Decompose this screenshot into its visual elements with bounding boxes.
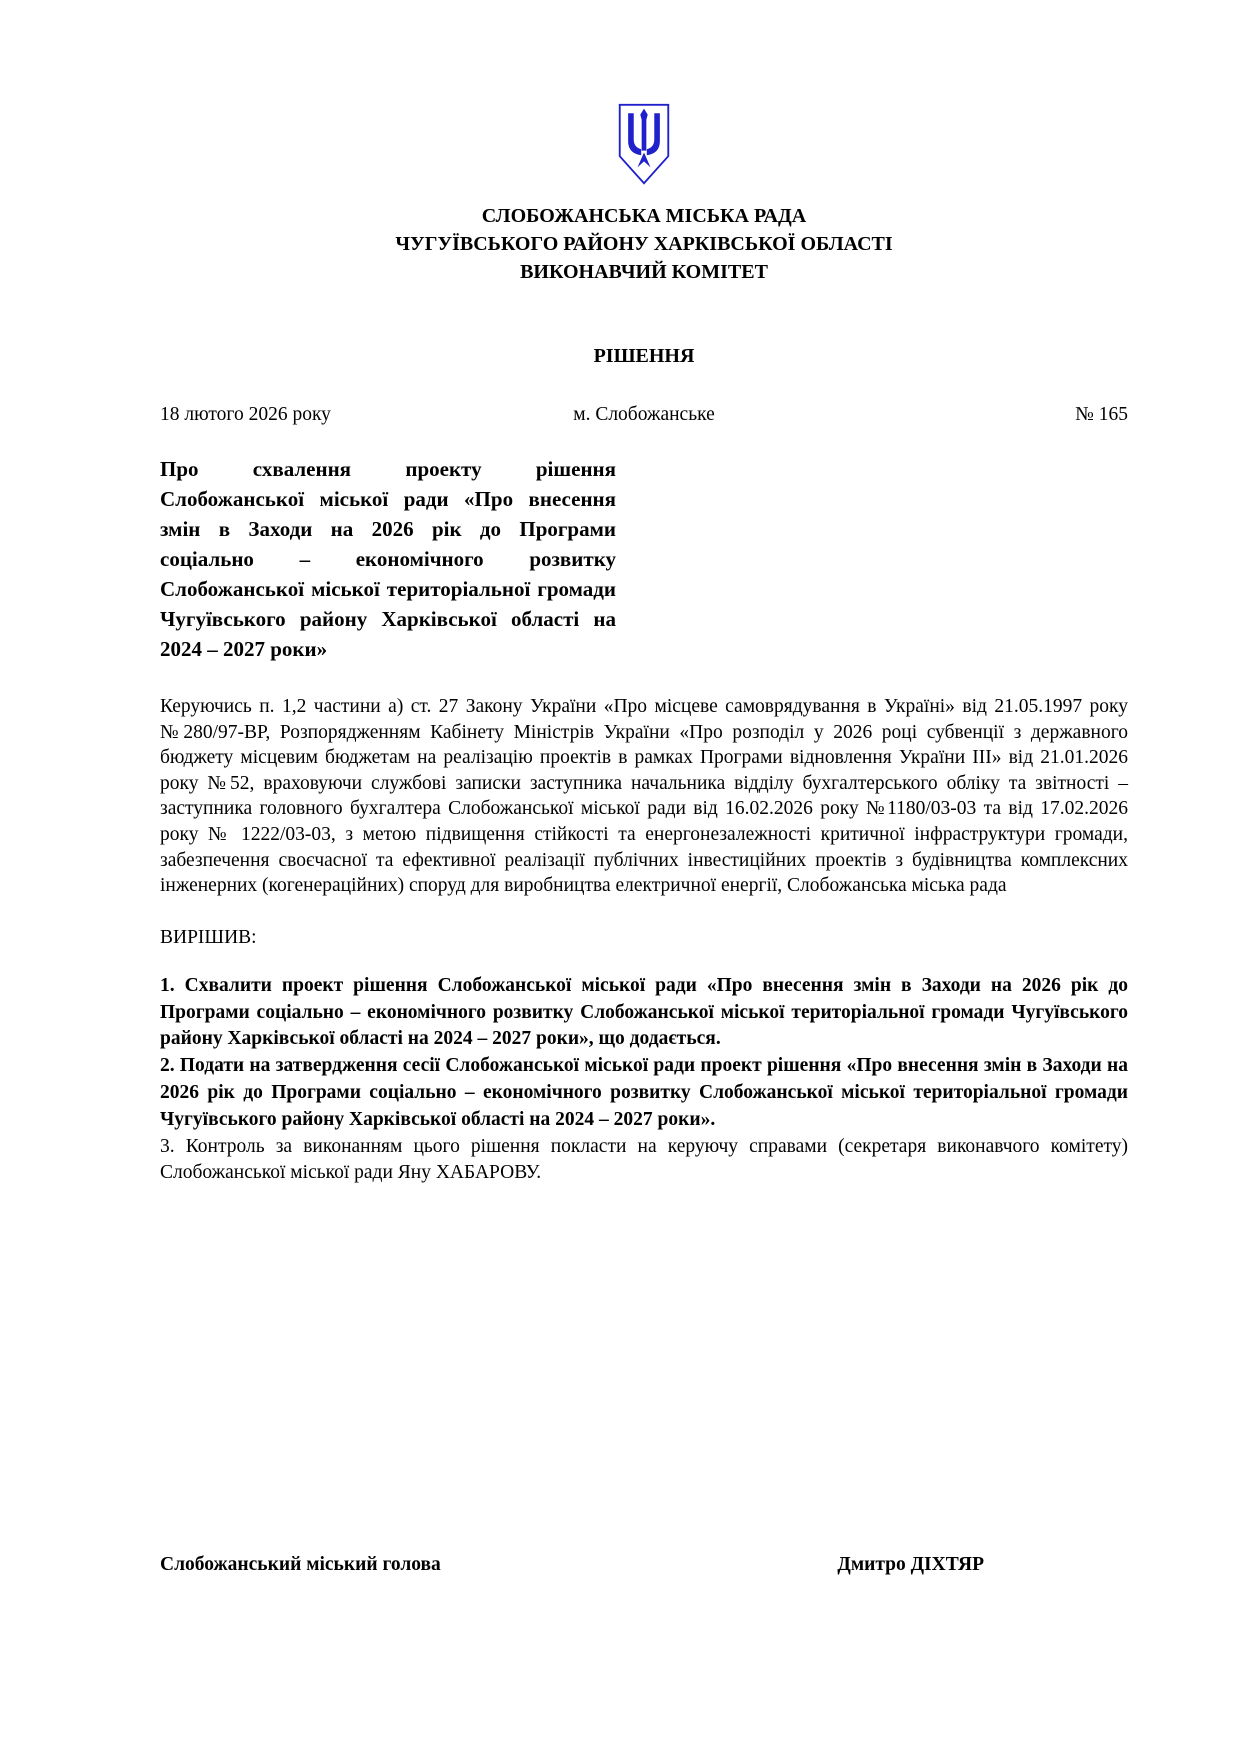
- org-name-line3: ВИКОНАВЧИЙ КОМІТЕТ: [160, 258, 1128, 286]
- emblem-right-prong: [647, 113, 660, 155]
- document-type-title: РІШЕННЯ: [160, 344, 1128, 368]
- emblem-center-prong: [640, 109, 647, 151]
- document-date: 18 лютого 2026 року: [160, 402, 483, 428]
- document-subject: Про схвалення проекту рішення Слобожансь…: [160, 454, 616, 664]
- document-number: № 165: [805, 402, 1128, 428]
- org-name-line1: СЛОБОЖАНСЬКА МІСЬКА РАДА: [160, 202, 1128, 230]
- document-meta-row: 18 лютого 2026 року м. Слобожанське № 16…: [160, 402, 1128, 428]
- resolution-items: 1. Схвалити проект рішення Слобожанської…: [160, 973, 1128, 1187]
- document-place: м. Слобожанське: [483, 402, 806, 428]
- signatory-title: Слобожанський міський голова: [160, 1552, 441, 1578]
- resolved-label: ВИРІШИВ:: [160, 925, 1128, 951]
- org-name-line2: ЧУГУЇВСЬКОГО РАЙОНУ ХАРКІВСЬКОЇ ОБЛАСТІ: [160, 230, 1128, 258]
- resolution-item-2: 2. Подати на затвердження сесії Слобожан…: [160, 1053, 1128, 1133]
- emblem-left-prong: [628, 113, 641, 155]
- coat-of-arms-container: [160, 100, 1128, 190]
- resolution-item-3: 3. Контроль за виконанням цього рішення …: [160, 1134, 1128, 1188]
- tryzub-emblem-icon: [616, 100, 672, 190]
- signature-row: Слобожанський міський голова Дмитро ДІХТ…: [160, 1552, 1128, 1578]
- document-page: СЛОБОЖАНСЬКА МІСЬКА РАДА ЧУГУЇВСЬКОГО РА…: [0, 0, 1240, 1754]
- signatory-name: Дмитро ДІХТЯР: [837, 1552, 984, 1578]
- org-header: СЛОБОЖАНСЬКА МІСЬКА РАДА ЧУГУЇВСЬКОГО РА…: [160, 202, 1128, 286]
- resolution-item-1: 1. Схвалити проект рішення Слобожанської…: [160, 973, 1128, 1053]
- document-content: СЛОБОЖАНСЬКА МІСЬКА РАДА ЧУГУЇВСЬКОГО РА…: [160, 0, 1128, 1187]
- preamble-paragraph: Керуючись п. 1,2 частини а) ст. 27 Закон…: [160, 694, 1128, 899]
